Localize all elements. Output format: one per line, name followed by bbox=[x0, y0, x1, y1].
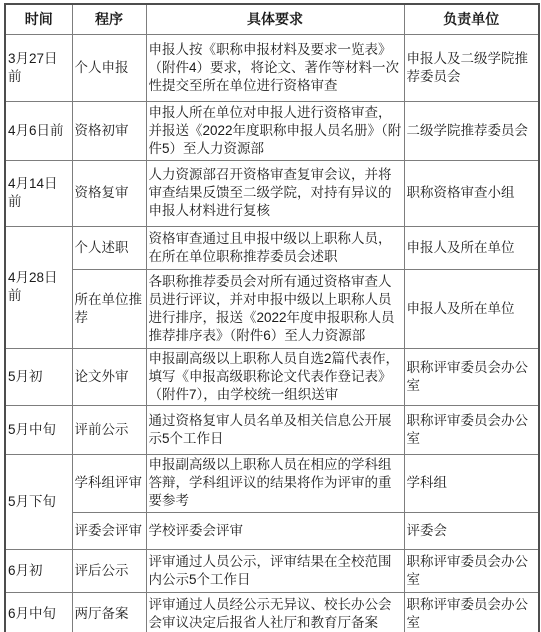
unit-cell: 职称评审委员会办公室 bbox=[404, 348, 539, 405]
procedure-cell: 所在单位推荐 bbox=[72, 269, 146, 348]
time-cell-merged: 5月下旬 bbox=[5, 454, 72, 549]
title-evaluation-schedule-table: 时间 程序 具体要求 负责单位 3月27日前 个人申报 申报人按《职称申报材料及… bbox=[4, 3, 540, 632]
unit-cell: 二级学院推荐委员会 bbox=[404, 101, 539, 160]
requirement-cell: 资格审查通过且申报中级以上职称人员，在所在单位职称推荐委员会述职 bbox=[146, 226, 404, 269]
table-row: 评委会评审 学校评委会评审 评委会 bbox=[5, 512, 539, 549]
requirement-cell: 人力资源部召开资格审查复审会议，并将审查结果反馈至二级学院，对持有异议的申报人材… bbox=[146, 160, 404, 226]
header-time: 时间 bbox=[5, 4, 72, 34]
procedure-cell: 评委会评审 bbox=[72, 512, 146, 549]
table-row: 5月下旬 学科组评审 申报副高级以上职称人员在相应的学科组答辩，学科组评议的结果… bbox=[5, 454, 539, 512]
time-cell: 6月中旬 bbox=[5, 592, 72, 632]
unit-cell: 申报人及所在单位 bbox=[404, 226, 539, 269]
header-requirement: 具体要求 bbox=[146, 4, 404, 34]
unit-cell: 申报人及二级学院推荐委员会 bbox=[404, 34, 539, 101]
requirement-cell: 通过资格复审人员名单及相关信息公开展示5个工作日 bbox=[146, 405, 404, 454]
time-cell: 5月初 bbox=[5, 348, 72, 405]
table-row: 6月初 评后公示 评审通过人员公示，评审结果在全校范围内公示5个工作日 职称评审… bbox=[5, 549, 539, 592]
table-row: 5月中旬 评前公示 通过资格复审人员名单及相关信息公开展示5个工作日 职称评审委… bbox=[5, 405, 539, 454]
requirement-cell: 学校评委会评审 bbox=[146, 512, 404, 549]
requirement-cell: 申报人所在单位对申报人进行资格审查，并报送《2022年度职称申报人员名册》（附件… bbox=[146, 101, 404, 160]
table-row: 5月初 论文外审 申报副高级以上职称人员自选2篇代表作，填写《申报高级职称论文代… bbox=[5, 348, 539, 405]
unit-cell: 申报人及所在单位 bbox=[404, 269, 539, 348]
time-cell: 6月初 bbox=[5, 549, 72, 592]
unit-cell: 学科组 bbox=[404, 454, 539, 512]
procedure-cell: 个人申报 bbox=[72, 34, 146, 101]
procedure-cell: 论文外审 bbox=[72, 348, 146, 405]
table-row: 4月28日前 个人述职 资格审查通过且申报中级以上职称人员，在所在单位职称推荐委… bbox=[5, 226, 539, 269]
time-cell: 4月14日前 bbox=[5, 160, 72, 226]
table-row: 4月14日前 资格复审 人力资源部召开资格审查复审会议，并将审查结果反馈至二级学… bbox=[5, 160, 539, 226]
header-unit: 负责单位 bbox=[404, 4, 539, 34]
unit-cell: 职称资格审查小组 bbox=[404, 160, 539, 226]
table-header-row: 时间 程序 具体要求 负责单位 bbox=[5, 4, 539, 34]
procedure-cell: 评前公示 bbox=[72, 405, 146, 454]
table-row: 所在单位推荐 各职称推荐委员会对所有通过资格审查人员进行评议，并对申报中级以上职… bbox=[5, 269, 539, 348]
procedure-cell: 学科组评审 bbox=[72, 454, 146, 512]
procedure-cell: 资格初审 bbox=[72, 101, 146, 160]
table-row: 4月6日前 资格初审 申报人所在单位对申报人进行资格审查，并报送《2022年度职… bbox=[5, 101, 539, 160]
requirement-cell: 各职称推荐委员会对所有通过资格审查人员进行评议，并对申报中级以上职称人员进行排序… bbox=[146, 269, 404, 348]
unit-cell: 职称评审委员会办公室 bbox=[404, 549, 539, 592]
time-cell: 3月27日前 bbox=[5, 34, 72, 101]
procedure-cell: 两厅备案 bbox=[72, 592, 146, 632]
time-cell: 5月中旬 bbox=[5, 405, 72, 454]
unit-cell: 职称评审委员会办公室 bbox=[404, 405, 539, 454]
unit-cell: 职称评审委员会办公室 bbox=[404, 592, 539, 632]
time-cell-merged: 4月28日前 bbox=[5, 226, 72, 348]
requirement-cell: 申报人按《职称申报材料及要求一览表》（附件4）要求，将论文、著作等材料一次性提交… bbox=[146, 34, 404, 101]
procedure-cell: 评后公示 bbox=[72, 549, 146, 592]
procedure-cell: 资格复审 bbox=[72, 160, 146, 226]
requirement-cell: 评审通过人员经公示无异议、校长办公会会审议决定后报省人社厅和教育厅备案 bbox=[146, 592, 404, 632]
procedure-cell: 个人述职 bbox=[72, 226, 146, 269]
requirement-cell: 申报副高级以上职称人员在相应的学科组答辩，学科组评议的结果将作为评审的重要参考 bbox=[146, 454, 404, 512]
requirement-cell: 申报副高级以上职称人员自选2篇代表作，填写《申报高级职称论文代表作登记表》（附件… bbox=[146, 348, 404, 405]
unit-cell: 评委会 bbox=[404, 512, 539, 549]
table-row: 3月27日前 个人申报 申报人按《职称申报材料及要求一览表》（附件4）要求，将论… bbox=[5, 34, 539, 101]
table-row: 6月中旬 两厅备案 评审通过人员经公示无异议、校长办公会会审议决定后报省人社厅和… bbox=[5, 592, 539, 632]
time-cell: 4月6日前 bbox=[5, 101, 72, 160]
header-procedure: 程序 bbox=[72, 4, 146, 34]
requirement-cell: 评审通过人员公示，评审结果在全校范围内公示5个工作日 bbox=[146, 549, 404, 592]
